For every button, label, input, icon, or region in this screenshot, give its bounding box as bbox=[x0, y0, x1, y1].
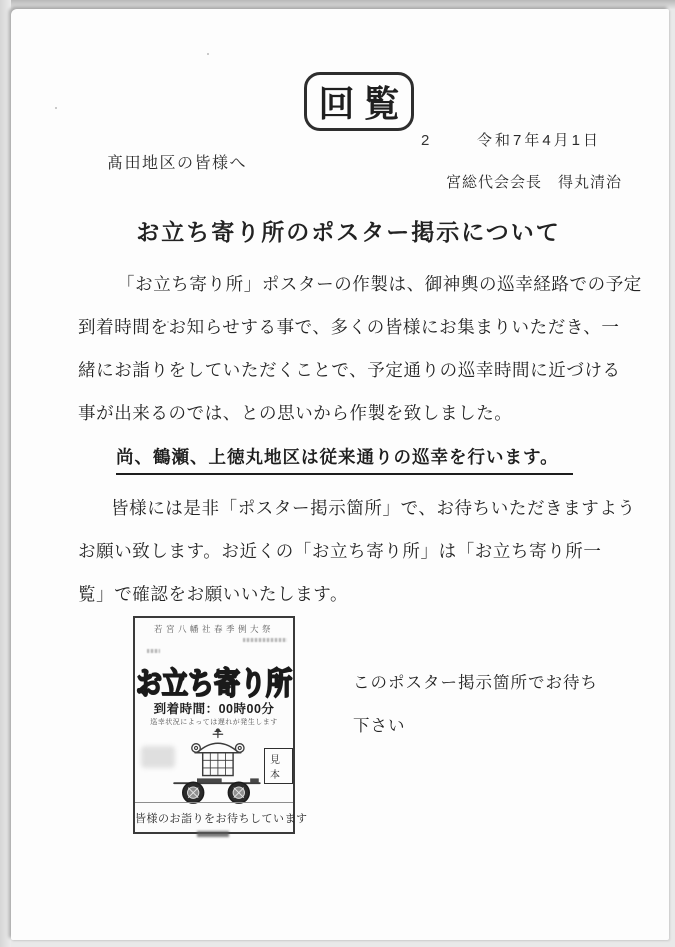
scanned-document: { "document": { "stamp_label": "回覧", "pa… bbox=[0, 0, 675, 947]
paragraph1-line2: 到着時間をお知らせする事で、多くの皆様にお集まりいただき、一 bbox=[78, 314, 619, 339]
scan-speck bbox=[551, 509, 553, 511]
scan-edge-shadow-left bbox=[0, 0, 11, 947]
underlined-notice: 尚、鶴瀬、上徳丸地区は従来通りの巡幸を行います。 bbox=[116, 444, 573, 475]
paragraph1-line1: 「お立ち寄り所」ポスターの作製は、御神輿の巡幸経路での予定 bbox=[117, 271, 642, 296]
paragraph2-line3: 覧」で確認をお願いいたします。 bbox=[78, 581, 348, 606]
document-date: 令和7年4月1日 bbox=[477, 129, 601, 150]
paragraph2-line2: お願い致します。お近くの「お立ち寄り所」は「お立ち寄り所一 bbox=[78, 538, 602, 563]
kairan-circulation-stamp: 回覧 bbox=[304, 72, 414, 131]
scan-edge-shadow-top bbox=[0, 0, 675, 9]
kairan-stamp-label: 回覧 bbox=[318, 76, 408, 127]
poster-big-title: お立ち寄り所 bbox=[135, 660, 293, 704]
poster-footer-divider bbox=[135, 802, 293, 803]
sample-badge: 見本 bbox=[264, 748, 293, 784]
mikoshi-truck-illustration bbox=[159, 728, 273, 806]
sender-line: 宮総代会会長 得丸清治 bbox=[446, 171, 622, 192]
scan-speck bbox=[207, 53, 209, 55]
page-number: 2 bbox=[421, 132, 429, 149]
sample-poster-thumbnail: 若宮八幡社春季例大祭 お立ち寄り所 到着時間：00時00分 巡幸状況によっては遅… bbox=[133, 616, 295, 834]
poster-arrival-time: 到着時間：00時00分 bbox=[135, 699, 293, 717]
paragraph1-line3: 緒にお詣りをしていただくことで、予定通りの巡幸時間に近づける bbox=[78, 357, 621, 382]
paragraph2-line1: 皆様には是非「ポスター掲示箇所」で、お待ちいただきますよう bbox=[111, 495, 636, 520]
poster-caption-line1: このポスター掲示箇所でお待ち bbox=[353, 669, 598, 693]
scan-speck bbox=[167, 321, 169, 323]
paper-sheet: 回覧 2 令和7年4月1日 髙田地区の皆様へ 宮総代会会長 得丸清治 お立ち寄り… bbox=[11, 9, 669, 940]
illegible-small-text-right bbox=[243, 638, 287, 642]
poster-festival-header: 若宮八幡社春季例大祭 bbox=[135, 623, 293, 635]
recipient-line: 髙田地区の皆様へ bbox=[107, 150, 247, 173]
illegible-small-text-left bbox=[147, 649, 160, 653]
scan-speck bbox=[55, 107, 57, 109]
document-title: お立ち寄り所のポスター掲示について bbox=[11, 214, 675, 247]
poster-caption-line2: 下さい bbox=[353, 712, 406, 736]
poster-footer-text: 皆様のお詣りをお待ちしています bbox=[135, 810, 293, 826]
scan-smudge bbox=[197, 831, 229, 837]
poster-caution-note: 巡幸状況によっては遅れが発生します bbox=[135, 717, 293, 727]
paragraph1-line4: 事が出来るのでは、との思いから作製を致しました。 bbox=[78, 400, 512, 425]
